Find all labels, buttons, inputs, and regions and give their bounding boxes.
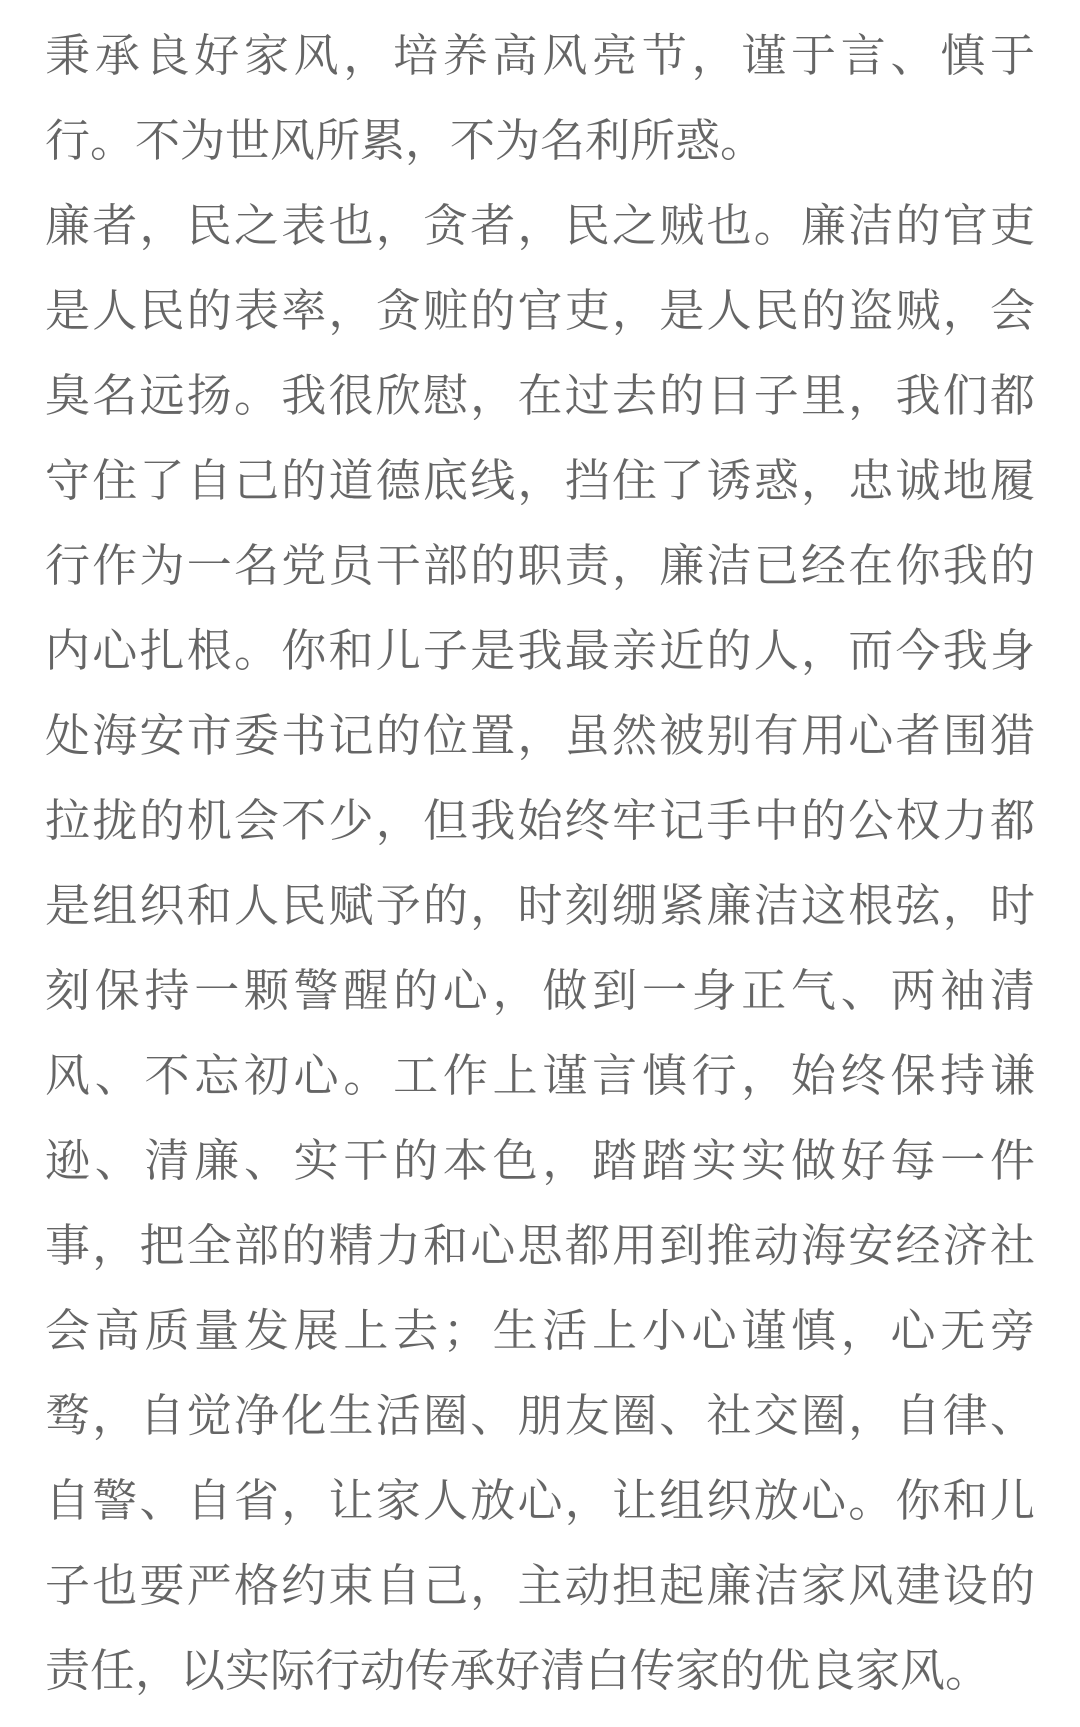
text-line: 处海安市委书记的位置，虽然被别有用心者围猎 xyxy=(45,694,1035,779)
paragraph-1: 秉承良好家风，培养高风亮节，谨于言、慎于 行。不为世风所累，不为名利所惑。 xyxy=(45,14,1035,184)
text-line: 行作为一名党员干部的职责，廉洁已经在你我的 xyxy=(45,524,1035,609)
text-line: 廉者，民之表也，贪者，民之贼也。廉洁的官吏 xyxy=(45,184,1035,269)
text-line: 逊、清廉、实干的本色，踏踏实实做好每一件 xyxy=(45,1119,1035,1204)
text-line: 内心扎根。你和儿子是我最亲近的人，而今我身 xyxy=(45,609,1035,694)
text-line: 行。不为世风所累，不为名利所惑。 xyxy=(45,99,1035,184)
text-line: 秉承良好家风，培养高风亮节，谨于言、慎于 xyxy=(45,14,1035,99)
text-line: 风、不忘初心。工作上谨言慎行，始终保持谦 xyxy=(45,1034,1035,1119)
text-line: 拉拢的机会不少，但我始终牢记手中的公权力都 xyxy=(45,779,1035,864)
article-body: 秉承良好家风，培养高风亮节，谨于言、慎于 行。不为世风所累，不为名利所惑。 廉者… xyxy=(0,0,1080,1714)
text-line: 事，把全部的精力和心思都用到推动海安经济社 xyxy=(45,1204,1035,1289)
text-line: 是组织和人民赋予的，时刻绷紧廉洁这根弦，时 xyxy=(45,864,1035,949)
text-line: 臭名远扬。我很欣慰，在过去的日子里，我们都 xyxy=(45,354,1035,439)
text-line: 是人民的表率，贪赃的官吏，是人民的盗贼，会 xyxy=(45,269,1035,354)
text-line: 会高质量发展上去；生活上小心谨慎，心无旁 xyxy=(45,1289,1035,1374)
text-line: 骛，自觉净化生活圈、朋友圈、社交圈，自律、 xyxy=(45,1374,1035,1459)
text-line: 责任，以实际行动传承好清白传家的优良家风。 xyxy=(45,1629,1035,1714)
text-line: 刻保持一颗警醒的心，做到一身正气、两袖清 xyxy=(45,949,1035,1034)
paragraph-2: 廉者，民之表也，贪者，民之贼也。廉洁的官吏 是人民的表率，贪赃的官吏，是人民的盗… xyxy=(45,184,1035,1714)
text-line: 守住了自己的道德底线，挡住了诱惑，忠诚地履 xyxy=(45,439,1035,524)
text-line: 子也要严格约束自己，主动担起廉洁家风建设的 xyxy=(45,1544,1035,1629)
text-line: 自警、自省，让家人放心，让组织放心。你和儿 xyxy=(45,1459,1035,1544)
